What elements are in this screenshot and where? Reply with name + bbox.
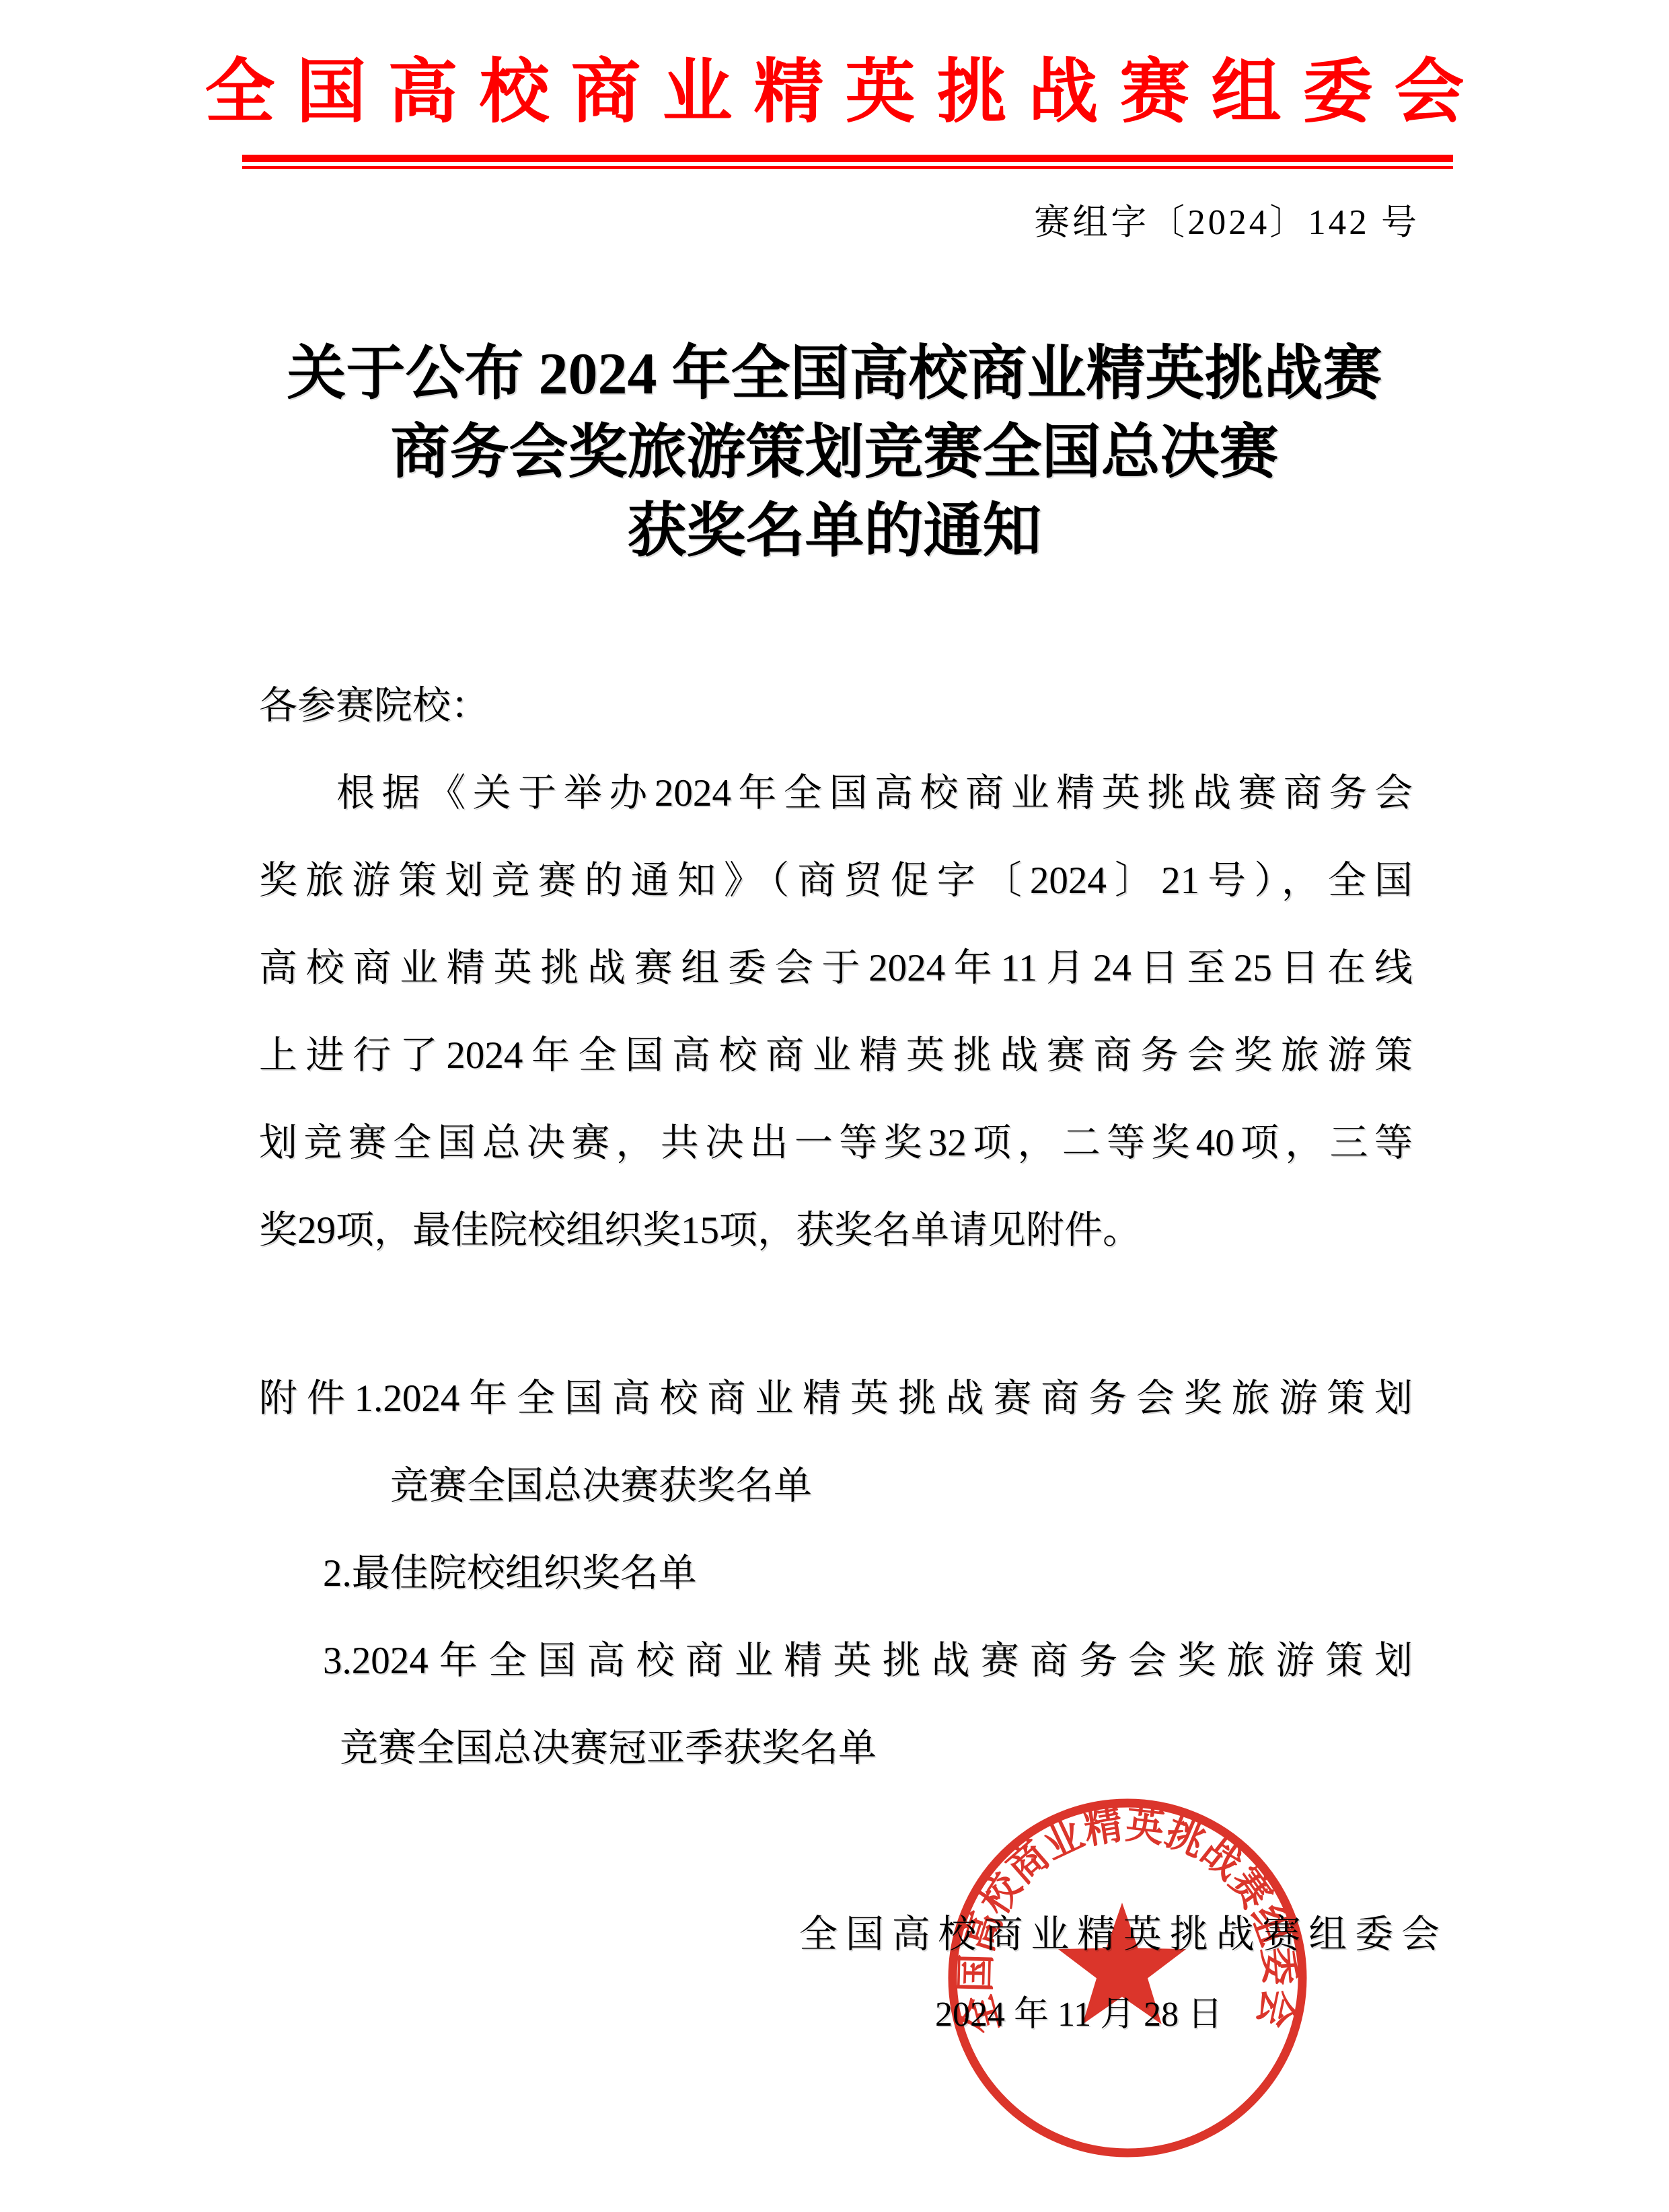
official-seal-stamp: 全国高校商业精英挑战赛组委会 <box>946 1796 1309 2160</box>
signature-date: 2024 年 11 月 28 日 <box>935 1985 1312 2036</box>
letterhead-org-title: 全国高校商业精英挑战赛组委会 <box>0 35 1669 136</box>
notice-title: 关于公布 2024 年全国高校商业精英挑战赛 商务会奖旅游策划竞赛全国总决赛 获… <box>0 335 1669 571</box>
body-line: 根据《关于举办2024年全国高校商业精英挑战赛商务会 <box>259 750 1413 837</box>
body-line: 奖旅游策划竞赛的通知》（商贸促字〔2024〕21号），全国 <box>259 837 1413 925</box>
body-line: 高校商业精英挑战赛组委会于2024年11月24日至25日在线 <box>259 925 1413 1012</box>
notice-title-line-2: 商务会奖旅游策划竞赛全国总决赛 <box>0 414 1669 492</box>
document-page: 全国高校商业精英挑战赛组委会 赛组字〔2024〕142 号 关于公布 2024 … <box>0 0 1669 2212</box>
notice-title-line-1: 关于公布 2024 年全国高校商业精英挑战赛 <box>0 335 1669 414</box>
salutation: 各参赛院校： <box>259 662 1413 750</box>
body-line: 奖29项，最佳院校组织奖15项，获奖名单请见附件。 <box>259 1187 1413 1274</box>
attachment-list: 附件1.2024年全国高校商业精英挑战赛商务会奖旅游策划 竞赛全国总决赛获奖名单… <box>259 1355 1413 1792</box>
body-line: 划竞赛全国总决赛，共决出一等奖32项，二等奖40项，三等 <box>259 1100 1413 1187</box>
letterhead-rule-thin <box>242 166 1453 169</box>
attachment-line: 3.2024年全国高校商业精英挑战赛商务会奖旅游策划 <box>259 1617 1413 1705</box>
doc-number: 赛组字〔2024〕142 号 <box>1034 194 1419 245</box>
signature-org: 全国高校商业精英挑战赛组委会 <box>799 1903 1440 1958</box>
letterhead-rule-thick <box>242 155 1453 162</box>
attachment-line: 竞赛全国总决赛冠亚季获奖名单 <box>259 1705 1413 1792</box>
notice-title-line-3: 获奖名单的通知 <box>0 492 1669 571</box>
body-text: 各参赛院校： 根据《关于举办2024年全国高校商业精英挑战赛商务会 奖旅游策划竞… <box>259 662 1413 1274</box>
attachment-line: 附件1.2024年全国高校商业精英挑战赛商务会奖旅游策划 <box>259 1355 1413 1443</box>
attachment-line: 2.最佳院校组织奖名单 <box>259 1530 1413 1617</box>
body-line: 上进行了2024年全国高校商业精英挑战赛商务会奖旅游策 <box>259 1012 1413 1100</box>
attachment-line: 竞赛全国总决赛获奖名单 <box>259 1443 1413 1530</box>
